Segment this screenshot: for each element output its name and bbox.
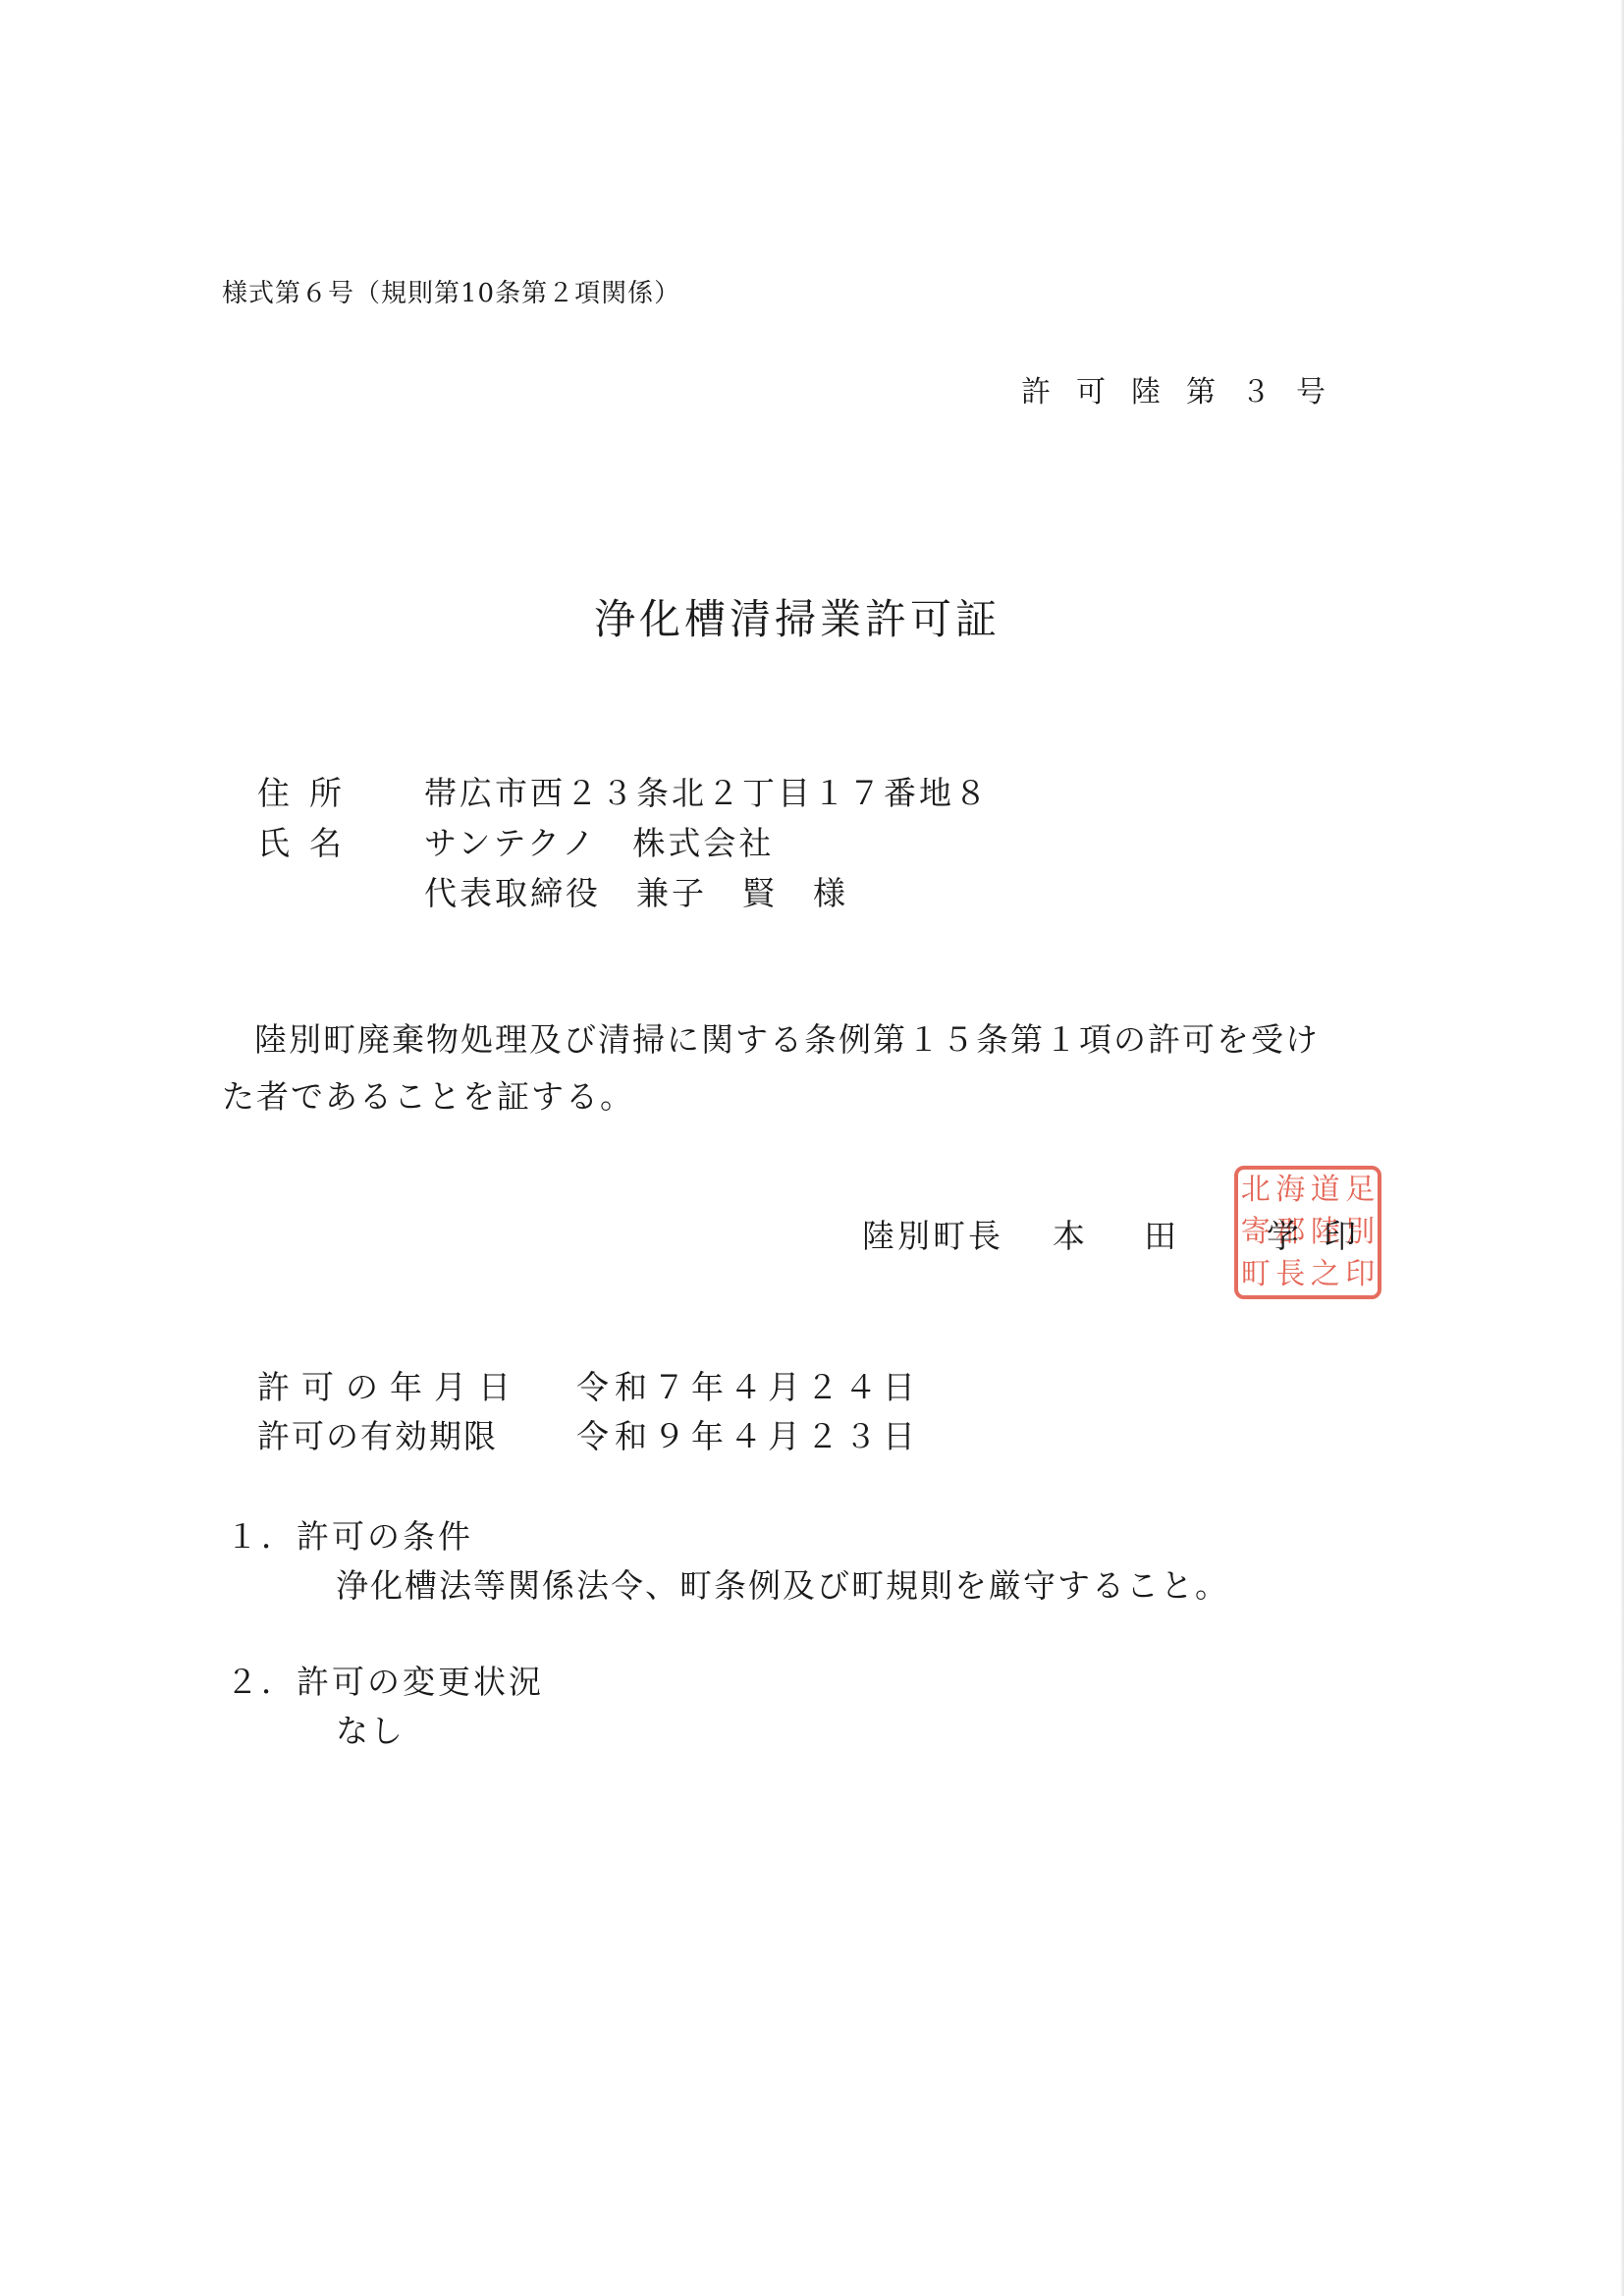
section-body: なし (226, 1707, 544, 1756)
signer-name-part: 田 (1144, 1211, 1176, 1257)
seal-char: 海 (1273, 1175, 1309, 1205)
permit-number-char: 号 (1296, 367, 1326, 410)
name-row: 氏名 サンテクノ 株式会社 (257, 818, 990, 868)
certification-text: 陸別町廃棄物処理及び清掃に関する条例第１５条第１項の許可を受け た者であることを… (222, 1011, 1410, 1125)
representative-name: 代表取締役 兼子 賢 様 (424, 868, 848, 918)
address-row: 住所 帯広市西２３条北２丁目１７番地８ (257, 768, 990, 818)
section-conditions: １．許可の条件 浄化槽法等関係法令、町条例及び町規則を厳守すること。 (226, 1512, 1229, 1611)
empty-label (257, 868, 424, 918)
section-heading: ２．許可の変更状況 (226, 1658, 544, 1707)
signer-office: 陸別町長 (862, 1211, 1003, 1257)
company-name: サンテクノ 株式会社 (424, 818, 774, 868)
expiry-date-row: 許可の有効期限 令和９年４月２３日 (257, 1412, 921, 1461)
holder-info: 住所 帯広市西２３条北２丁目１７番地８ 氏名 サンテクノ 株式会社 代表取締役 … (257, 768, 990, 918)
signer-name-part: 学 (1267, 1211, 1299, 1257)
permit-number: 許可陸第３号 (1021, 367, 1326, 410)
section-body: 浄化槽法等関係法令、町条例及び町規則を厳守すること。 (226, 1561, 1229, 1611)
issued-date-label: 許可の年月日 (257, 1363, 576, 1412)
seal-char: 北 (1238, 1175, 1273, 1205)
form-number: 様式第６号（規則第10条第２項関係） (222, 273, 680, 309)
seal-char: 印 (1343, 1260, 1379, 1289)
expiry-date-label: 許可の有効期限 (257, 1412, 576, 1461)
name-label: 氏名 (257, 818, 424, 868)
seal-char: 道 (1308, 1175, 1343, 1205)
permit-number-char: 許 (1021, 367, 1051, 410)
seal-char: 之 (1308, 1260, 1343, 1289)
signer-line: 陸別町長本田学 (862, 1211, 1378, 1257)
address-label: 住所 (257, 768, 424, 818)
page-edge (1620, 0, 1624, 2296)
representative-row: 代表取締役 兼子 賢 様 (257, 868, 990, 918)
permit-number-char: ３ (1241, 367, 1271, 410)
permit-dates: 許可の年月日 令和７年４月２４日 許可の有効期限 令和９年４月２３日 (257, 1363, 921, 1461)
document-title: 浄化槽清掃業許可証 (594, 587, 1001, 646)
issued-date-row: 許可の年月日 令和７年４月２４日 (257, 1363, 921, 1412)
expiry-date-value: 令和９年４月２３日 (576, 1412, 921, 1461)
seal-char: 長 (1273, 1260, 1309, 1289)
certification-line-2: た者であることを証する。 (222, 1068, 1410, 1125)
certification-line-1: 陸別町廃棄物処理及び清掃に関する条例第１５条第１項の許可を受け (222, 1011, 1410, 1068)
issued-date-value: 令和７年４月２４日 (576, 1363, 921, 1412)
stamp-mark: 印 (1324, 1211, 1356, 1257)
section-heading: １．許可の条件 (226, 1512, 1229, 1561)
permit-number-char: 陸 (1131, 367, 1161, 410)
signer-name-part: 本 (1053, 1211, 1085, 1257)
permit-number-char: 第 (1186, 367, 1216, 410)
permit-number-char: 可 (1076, 367, 1106, 410)
seal-char: 足 (1343, 1175, 1379, 1205)
seal-char: 町 (1238, 1260, 1273, 1289)
section-changes: ２．許可の変更状況 なし (226, 1658, 544, 1756)
address-value: 帯広市西２３条北２丁目１７番地８ (424, 768, 990, 818)
